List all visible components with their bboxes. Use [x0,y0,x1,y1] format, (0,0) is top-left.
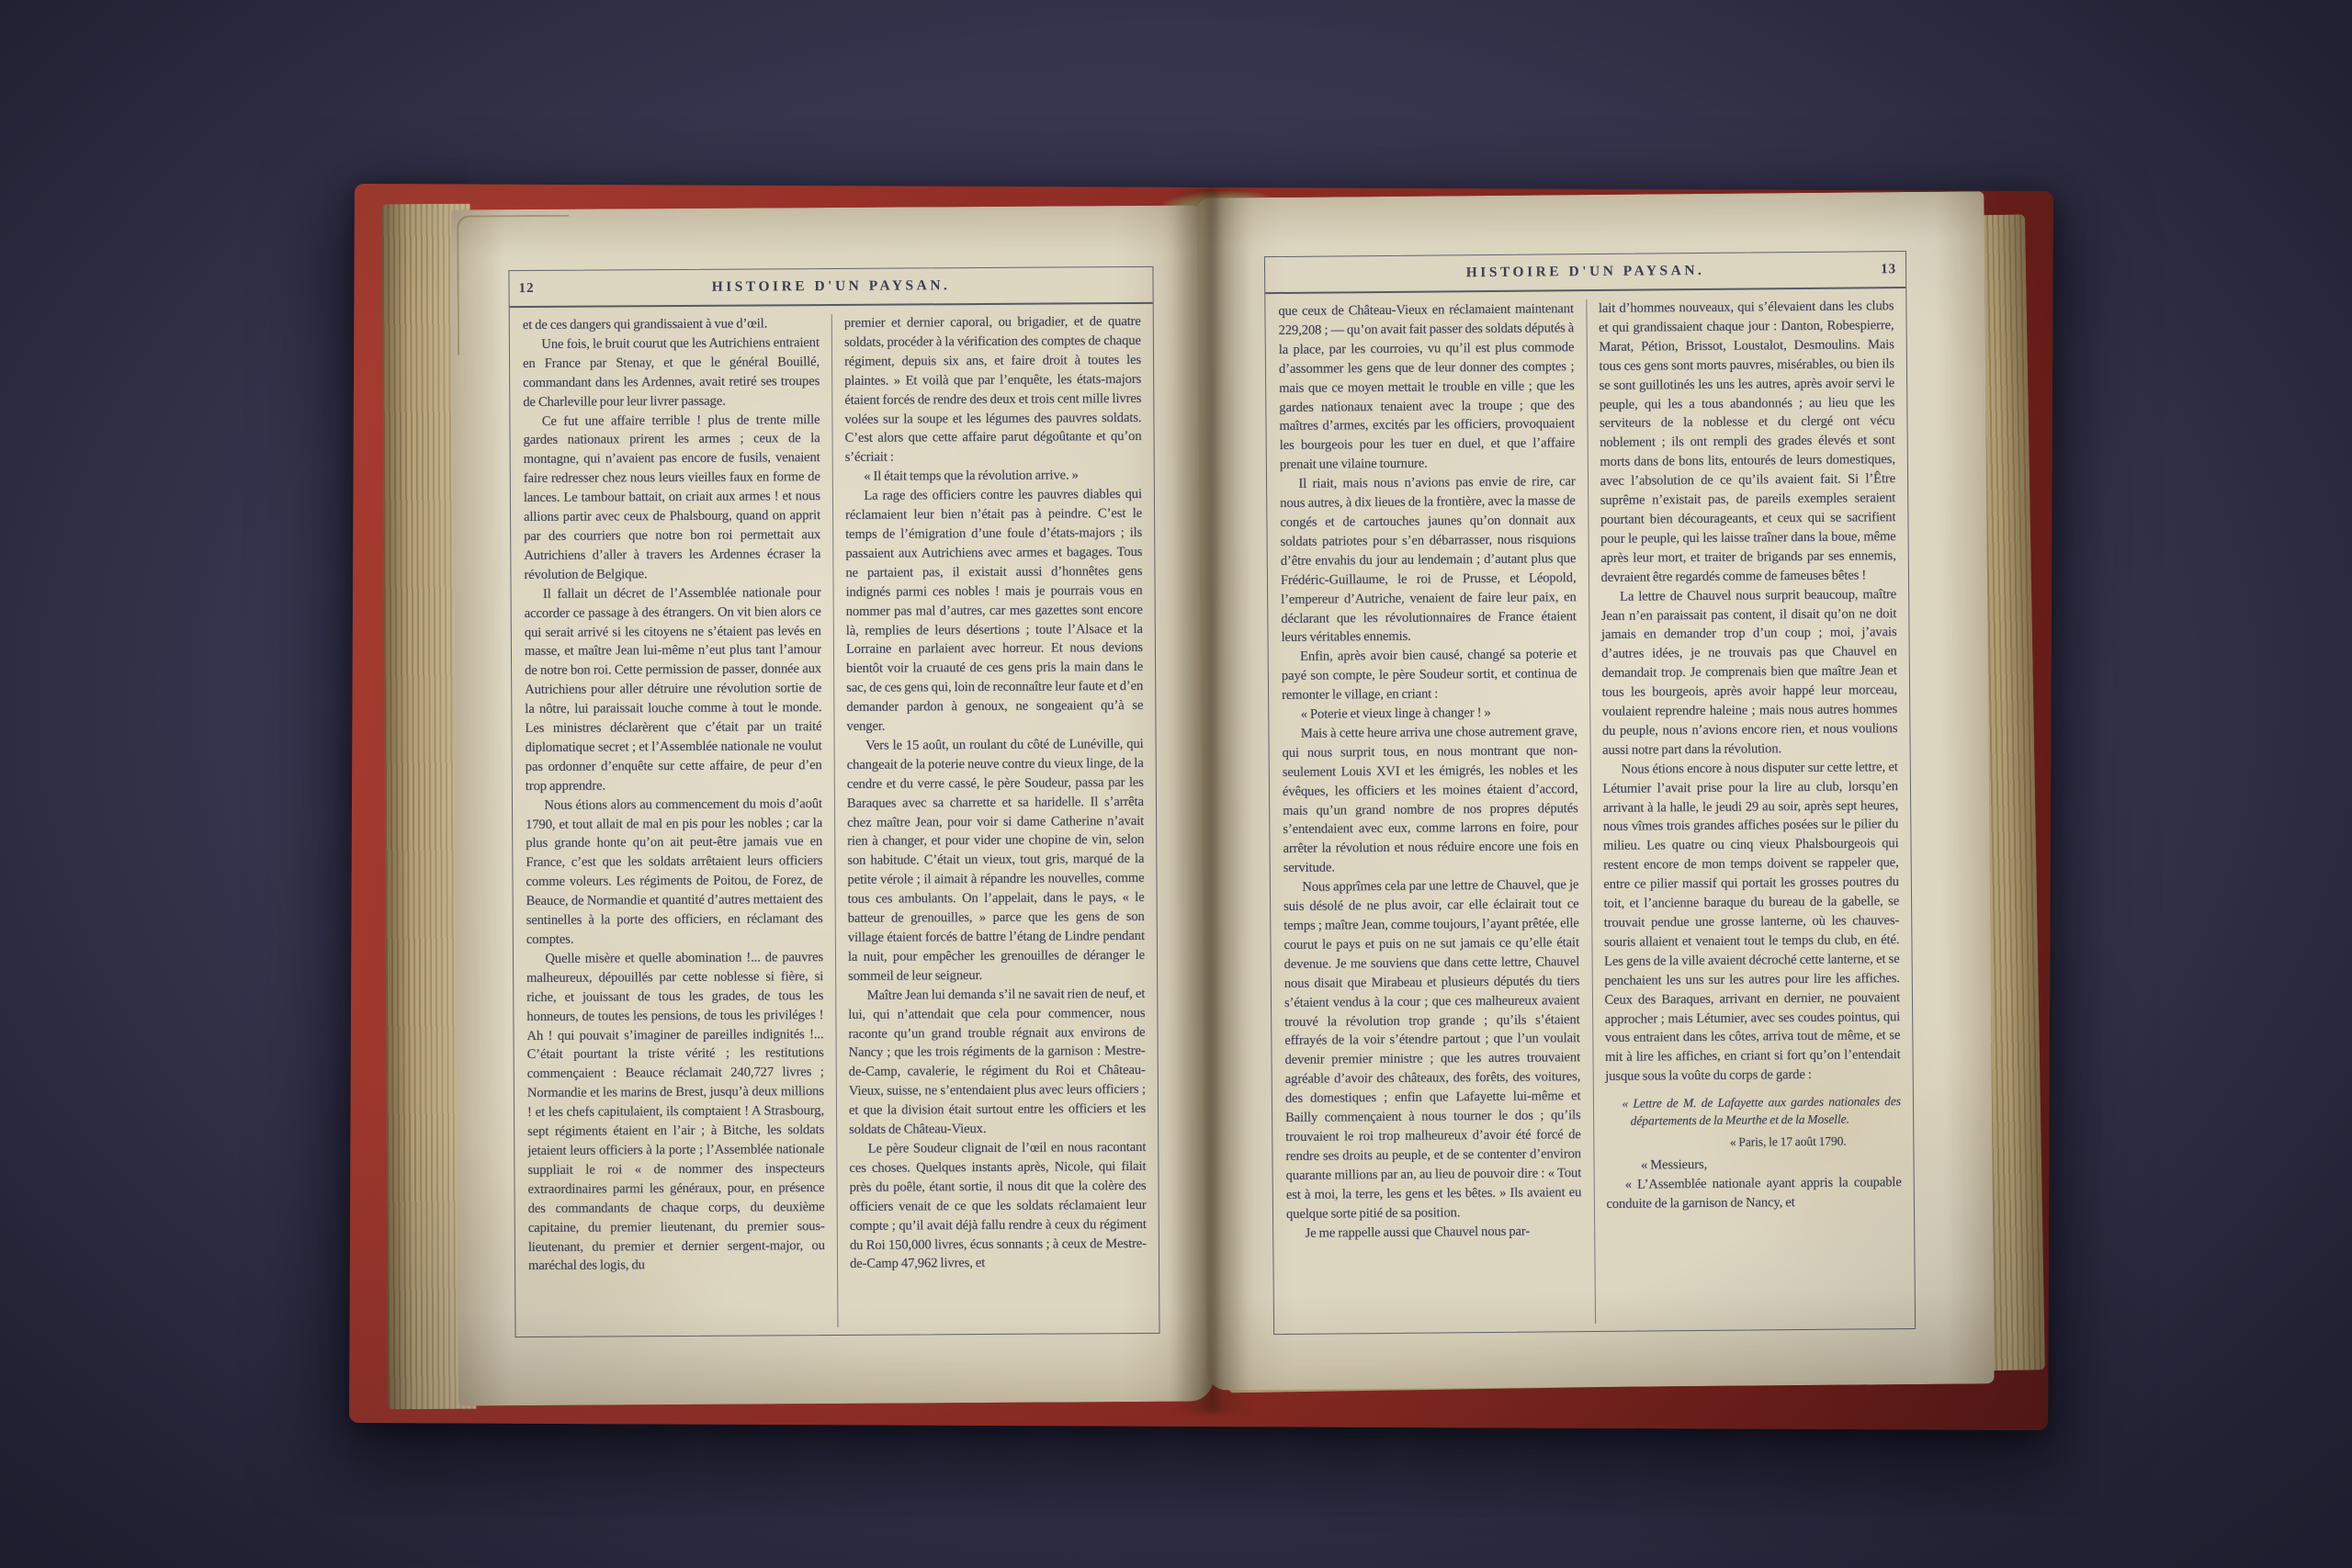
page-frame-left: 12 HISTOIRE D'UN PAYSAN. et de ces dange… [508,266,1159,1337]
letter-dateline: « Paris, le 17 août 1790. [1606,1132,1902,1152]
paragraph: Une fois, le bruit courut que les Autric… [523,333,820,412]
page-number-right: 13 [1881,252,1896,287]
paragraph: lait d’hommes nouveaux, qui s’élevaient … [1599,297,1896,587]
paragraph: « Poterie et vieux linge à changer ! » [1282,703,1577,725]
book: 12 HISTOIRE D'UN PAYSAN. et de ces dange… [352,184,2055,1427]
text-columns-right-page: que ceux de Château-Vieux en réclamaient… [1265,288,1915,1334]
paragraph: Ce fut une affaire terrible ! plus de tr… [523,411,820,585]
paragraph: Il riait, mais nous n’avions pas envie d… [1280,472,1577,648]
paragraph: Mais à cette heure arriva une chose autr… [1282,722,1578,878]
paragraph: Quelle misère et quelle abomination !...… [526,948,825,1276]
paragraph: Vers le 15 août, un roulant du côté de L… [847,735,1146,987]
running-head: HISTOIRE D'UN PAYSAN. [1265,252,1905,292]
paragraph: Enfin, après avoir bien causé, changé sa… [1282,645,1577,705]
paragraph: premier et dernier caporal, ou brigadier… [844,312,1142,468]
paragraph: que ceux de Château-Vieux en réclamaient… [1278,299,1575,475]
paragraph: « L’Assemblée nationale ayant appris la … [1606,1173,1902,1214]
page-frame-right: HISTOIRE D'UN PAYSAN. 13 que ceux de Châ… [1264,251,1916,1335]
paragraph: et de ces dangers qui grandissaient à vu… [523,314,820,335]
paragraph: Il fallait un décret de l’Assemblée nati… [525,583,822,796]
running-head-row-right: HISTOIRE D'UN PAYSAN. 13 [1265,252,1905,294]
photo-background: 12 HISTOIRE D'UN PAYSAN. et de ces dange… [0,0,2352,1568]
text-column-3: que ceux de Château-Vieux en réclamaient… [1278,299,1582,1326]
text-column-2: premier et dernier caporal, ou brigadier… [831,312,1148,1327]
letter-salutation: « Messieurs, [1606,1154,1902,1176]
text-column-4: lait d’hommes nouveaux, qui s’élevaient … [1586,297,1903,1324]
paragraph: Le père Soudeur clignait de l’œil en nou… [849,1138,1147,1274]
left-page: 12 HISTOIRE D'UN PAYSAN. et de ces dange… [451,206,1214,1406]
letter-heading: « Lettre de M. de Lafayette aux gardes n… [1622,1092,1901,1130]
paragraph: La lettre de Chauvel nous surprit beauco… [1601,585,1898,761]
running-head-row-left: 12 HISTOIRE D'UN PAYSAN. [509,267,1152,308]
paragraph: Maître Jean lui demanda s’il ne savait r… [848,985,1146,1140]
running-head: HISTOIRE D'UN PAYSAN. [509,267,1152,306]
paragraph: Nous apprîmes cela par une lettre de Cha… [1283,875,1582,1224]
paragraph: La rage des officiers contre les pauvres… [845,485,1144,737]
text-columns-left-page: et de ces dangers qui grandissaient à vu… [510,304,1159,1337]
page-number-left: 12 [518,271,534,306]
text-column-1: et de ces dangers qui grandissaient à vu… [523,314,826,1329]
right-page: HISTOIRE D'UN PAYSAN. 13 que ceux de Châ… [1196,191,1994,1390]
paragraph: Je me rappelle aussi que Chauvel nous pa… [1286,1222,1582,1244]
paragraph: Nous étions alors au commencement du moi… [526,795,823,950]
paragraph: Nous étions encore à nous disputer sur c… [1602,758,1901,1087]
paragraph: « Il était temps que la révolution arriv… [845,466,1142,487]
